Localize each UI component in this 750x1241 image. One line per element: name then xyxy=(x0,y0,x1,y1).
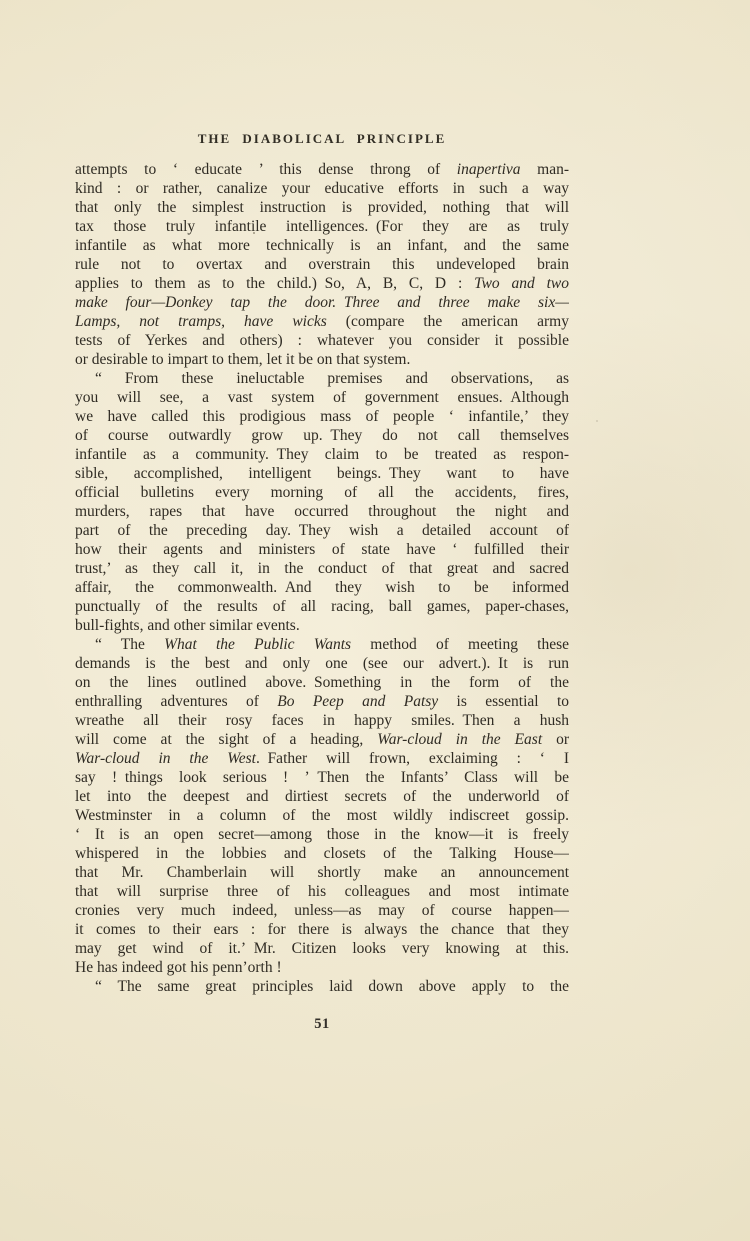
text-segment: official bulletins every morning of all … xyxy=(75,484,569,501)
text-segment: on the lines outlined above. Something i… xyxy=(75,674,569,691)
text-line: applies to them as to the child.) So, A,… xyxy=(75,274,569,293)
text-line: ‘ It is an open secret—among those in th… xyxy=(75,825,569,844)
text-line: or desirable to impart to them, let it b… xyxy=(75,350,569,369)
text-segment: Westminster in a column of the most wild… xyxy=(75,807,569,824)
text-segment: kind : or rather, canalize your educativ… xyxy=(75,180,569,197)
text-line: rule not to overtax and overstrain this … xyxy=(75,255,569,274)
text-segment: part of the preceding day. They wish a d… xyxy=(75,522,569,539)
text-line: will come at the sight of a heading, War… xyxy=(75,730,569,749)
text-segment: wreathe all their rosy faces in happy sm… xyxy=(75,712,569,729)
text-segment: may get wind of it.’ Mr. Citizen looks v… xyxy=(75,940,569,957)
italic-text-segment: What the Public Wants xyxy=(164,636,351,653)
text-segment: ‘ It is an open secret—among those in th… xyxy=(75,826,569,843)
text-segment: He has indeed got his penn’orth ! xyxy=(75,959,282,976)
text-line: tests of Yerkes and others) : whatever y… xyxy=(75,331,569,350)
text-block: attempts to ‘ educate ’ this dense thron… xyxy=(75,160,569,996)
text-line: infantile as what more technically is an… xyxy=(75,236,569,255)
text-segment: that will surprise three of his colleagu… xyxy=(75,883,569,900)
text-segment: infantile as what more technically is an… xyxy=(75,237,569,254)
text-segment: that only the simplest instruction is pr… xyxy=(75,199,569,216)
book-page: THE DIABOLICAL PRINCIPLE attempts to ‘ e… xyxy=(0,0,750,1241)
text-segment: . Father will frown, exclaiming : ‘ I xyxy=(256,750,569,767)
text-segment: punctually of the results of all racing,… xyxy=(75,598,569,615)
text-line: it comes to their ears : for there is al… xyxy=(75,920,569,939)
text-segment: bull-fights, and other similar events. xyxy=(75,617,300,634)
text-segment: let into the deepest and dirtiest secret… xyxy=(75,788,569,805)
italic-text-segment: War-cloud in the East xyxy=(377,731,542,748)
text-line: that Mr. Chamberlain will shortly make a… xyxy=(75,863,569,882)
italic-text-segment: Lamps, not tramps, have wicks xyxy=(75,313,327,330)
text-line: cronies very much indeed, unless—as may … xyxy=(75,901,569,920)
text-line: make four—Donkey tap the door. Three and… xyxy=(75,293,569,312)
text-line: enthralling adventures of Bo Peep and Pa… xyxy=(75,692,569,711)
text-line: that only the simplest instruction is pr… xyxy=(75,198,569,217)
text-segment: you will see, a vast system of governmen… xyxy=(75,389,569,406)
paper-speck xyxy=(596,420,598,422)
text-line: say ! things look serious ! ’ Then the I… xyxy=(75,768,569,787)
text-segment: cronies very much indeed, unless—as may … xyxy=(75,902,569,919)
text-segment: of course outwardly grow up. They do not… xyxy=(75,427,569,444)
text-segment: man- xyxy=(521,161,569,178)
text-segment: say ! things look serious ! ’ Then the I… xyxy=(75,769,569,786)
text-line: trust,’ as they call it, in the conduct … xyxy=(75,559,569,578)
text-segment: (compare the american army xyxy=(327,313,569,330)
text-line: tax those truly infantile intelligences.… xyxy=(75,217,569,236)
text-segment: method of meeting these xyxy=(351,636,569,653)
text-segment: affair, the commonwealth. And they wish … xyxy=(75,579,569,596)
text-segment: or xyxy=(542,731,569,748)
text-segment: whispered in the lobbies and closets of … xyxy=(75,845,569,862)
text-line: bull-fights, and other similar events. xyxy=(75,616,569,635)
text-line: “ The same great principles laid down ab… xyxy=(75,977,569,996)
text-segment: “ The same great principles laid down ab… xyxy=(95,978,569,995)
running-head: THE DIABOLICAL PRINCIPLE xyxy=(75,131,569,147)
italic-text-segment: inapertiva xyxy=(457,161,521,178)
text-line: infantile as a community. They claim to … xyxy=(75,445,569,464)
text-segment: how their agents and ministers of state … xyxy=(75,541,569,558)
text-line: attempts to ‘ educate ’ this dense thron… xyxy=(75,160,569,179)
text-line: kind : or rather, canalize your educativ… xyxy=(75,179,569,198)
text-segment: it comes to their ears : for there is al… xyxy=(75,921,569,938)
text-segment: sible, accomplished, intelligent beings.… xyxy=(75,465,569,482)
text-segment: is essential to xyxy=(438,693,569,710)
text-line: “ The What the Public Wants method of me… xyxy=(75,635,569,654)
text-segment: rule not to overtax and overstrain this … xyxy=(75,256,569,273)
text-segment: attempts to ‘ educate ’ this dense thron… xyxy=(75,161,457,178)
text-segment: tests of Yerkes and others) : whatever y… xyxy=(75,332,569,349)
italic-text-segment: make four—Donkey tap the door. Three and… xyxy=(75,294,569,311)
text-line: that will surprise three of his colleagu… xyxy=(75,882,569,901)
text-segment: applies to them as to the child.) So, A,… xyxy=(75,275,474,292)
page-number: 51 xyxy=(75,1016,569,1033)
text-line: “ From these ineluctable premises and ob… xyxy=(75,369,569,388)
italic-text-segment: War-cloud in the West xyxy=(75,750,256,767)
text-line: how their agents and ministers of state … xyxy=(75,540,569,559)
text-line: you will see, a vast system of governmen… xyxy=(75,388,569,407)
text-segment: tax those truly infantile intelligences.… xyxy=(75,218,569,235)
text-segment: enthralling adventures of xyxy=(75,693,277,710)
text-line: Lamps, not tramps, have wicks (compare t… xyxy=(75,312,569,331)
text-line: whispered in the lobbies and closets of … xyxy=(75,844,569,863)
text-line: sible, accomplished, intelligent beings.… xyxy=(75,464,569,483)
text-segment: will come at the sight of a heading, xyxy=(75,731,377,748)
italic-text-segment: Two and two xyxy=(474,275,569,292)
paper-speck xyxy=(253,232,255,234)
text-line: on the lines outlined above. Something i… xyxy=(75,673,569,692)
text-segment: murders, rapes that have occurred throug… xyxy=(75,503,569,520)
text-line: let into the deepest and dirtiest secret… xyxy=(75,787,569,806)
text-segment: infantile as a community. They claim to … xyxy=(75,446,569,463)
italic-text-segment: Bo Peep and Patsy xyxy=(277,693,438,710)
text-segment: demands is the best and only one (see ou… xyxy=(75,655,569,672)
text-segment: we have called this prodigious mass of p… xyxy=(75,408,569,425)
text-segment: or desirable to impart to them, let it b… xyxy=(75,351,410,368)
text-line: demands is the best and only one (see ou… xyxy=(75,654,569,673)
text-segment: that Mr. Chamberlain will shortly make a… xyxy=(75,864,569,881)
text-line: we have called this prodigious mass of p… xyxy=(75,407,569,426)
text-line: affair, the commonwealth. And they wish … xyxy=(75,578,569,597)
text-segment: trust,’ as they call it, in the conduct … xyxy=(75,560,569,577)
text-line: Westminster in a column of the most wild… xyxy=(75,806,569,825)
text-line: punctually of the results of all racing,… xyxy=(75,597,569,616)
text-line: may get wind of it.’ Mr. Citizen looks v… xyxy=(75,939,569,958)
text-line: wreathe all their rosy faces in happy sm… xyxy=(75,711,569,730)
text-segment: “ The xyxy=(95,636,164,653)
text-line: official bulletins every morning of all … xyxy=(75,483,569,502)
text-line: of course outwardly grow up. They do not… xyxy=(75,426,569,445)
text-line: part of the preceding day. They wish a d… xyxy=(75,521,569,540)
text-line: murders, rapes that have occurred throug… xyxy=(75,502,569,521)
text-segment: “ From these ineluctable premises and ob… xyxy=(95,370,569,387)
text-line: He has indeed got his penn’orth ! xyxy=(75,958,569,977)
text-line: War-cloud in the West. Father will frown… xyxy=(75,749,569,768)
